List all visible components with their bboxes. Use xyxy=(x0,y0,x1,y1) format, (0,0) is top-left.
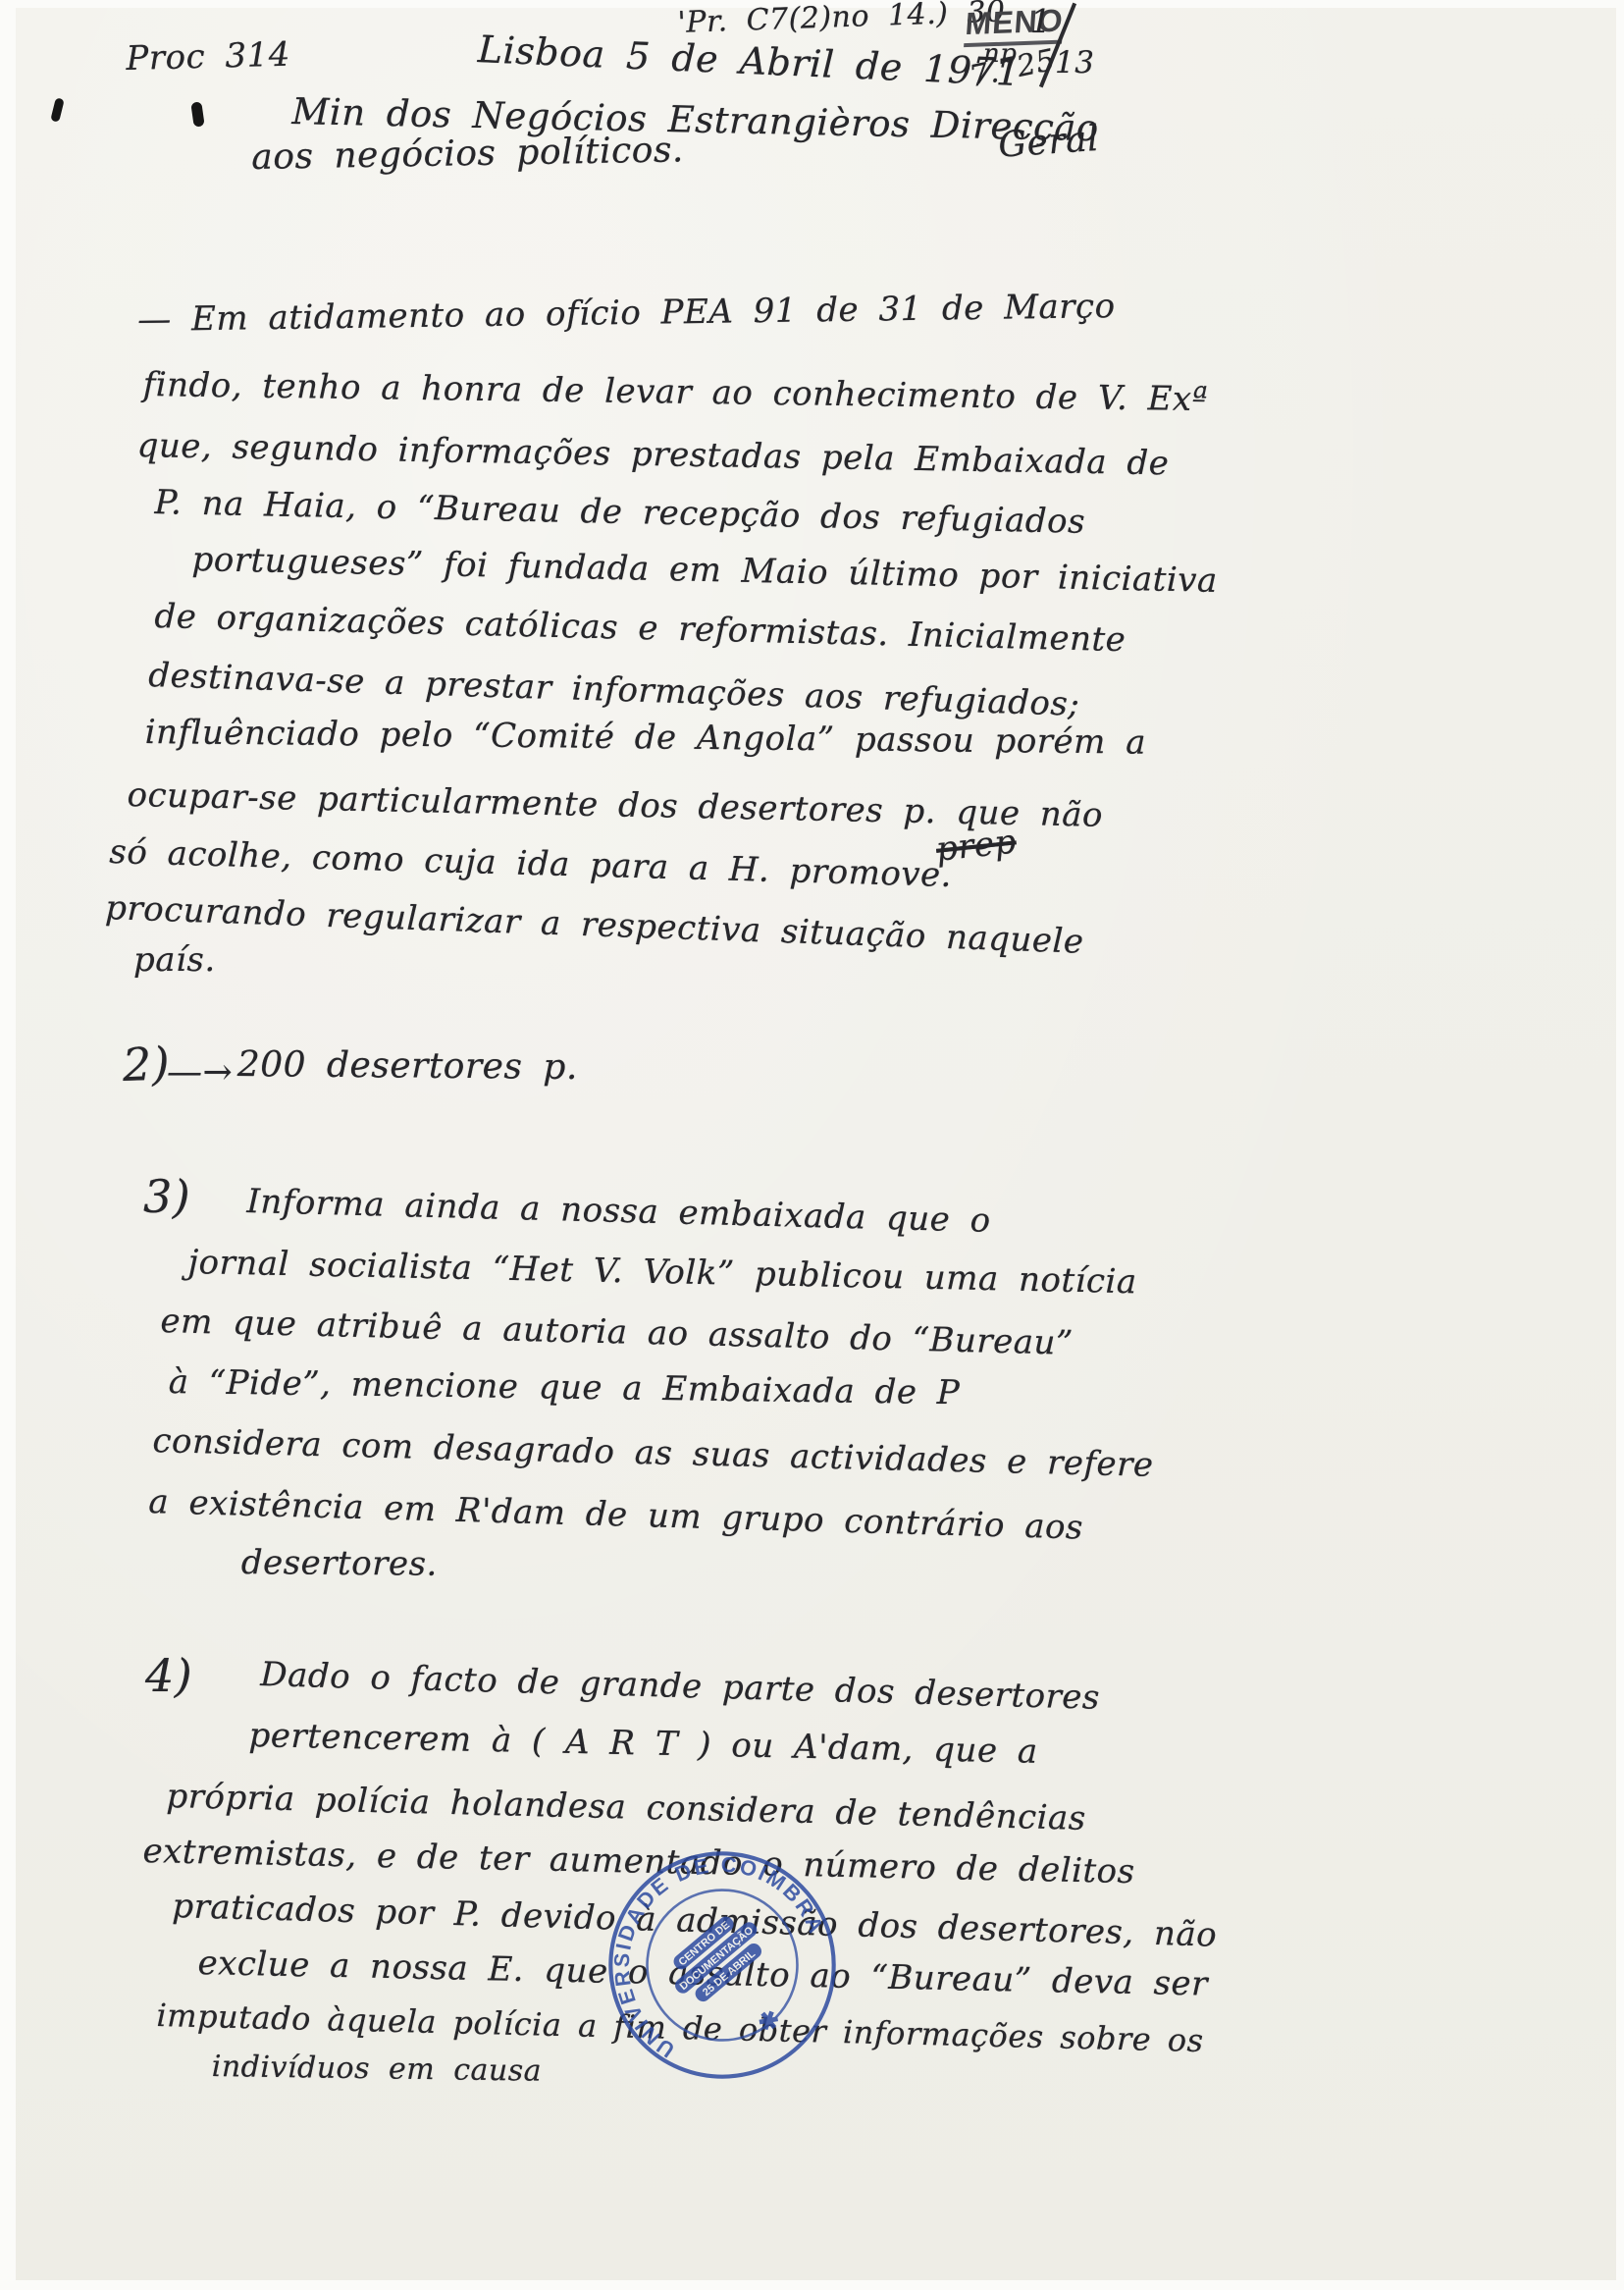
handwriting-line: — Em atidamento ao ofício PEA 91 de 31 d… xyxy=(137,287,1116,340)
fraction-numerator: 1 xyxy=(1030,2,1052,40)
handwriting-line: findo, tenho a honra de levar ao conheci… xyxy=(142,365,1208,419)
handwriting-line: a existência em R'dam de um grupo contrá… xyxy=(148,1482,1084,1548)
ink-mark xyxy=(190,101,204,127)
handwriting-line: à “Pide”, mencione que a Embaixada de P xyxy=(168,1362,960,1412)
handwriting-line: indivíduos em causa xyxy=(212,2050,543,2089)
handwriting-line: 200 desertores p. xyxy=(237,1044,578,1088)
item-marker-3: 3) xyxy=(143,1170,190,1223)
handwriting-line: procurando regularizar a respectiva situ… xyxy=(105,888,1085,962)
ink-mark xyxy=(50,97,65,122)
item-marker-4: 4) xyxy=(145,1649,192,1702)
handwriting-line: de organizações católicas e reformistas.… xyxy=(154,597,1126,660)
process-number: Proc 314 xyxy=(126,35,290,79)
addressee-department: aos negócios políticos. xyxy=(251,130,684,178)
handwriting-line: desertores. xyxy=(241,1543,438,1584)
handwriting-line: em que atribuê a autoria ao assalto do “… xyxy=(160,1302,1074,1363)
document-page: Proc 314 'Pr. C7(2)no 14.) 30 MENO 1 13 … xyxy=(0,0,1624,2290)
handwriting-line: considera com desagrado as suas activida… xyxy=(152,1421,1154,1485)
handwriting-line: Dado o facto de grande parte dos deserto… xyxy=(260,1655,1101,1718)
reference-code: 'Pr. C7(2)no 14.) 30 xyxy=(677,0,1006,40)
handwriting-line: própria polícia holandesa considera de t… xyxy=(166,1777,1086,1838)
handwriting-line: ocupar-se particularmente dos desertores… xyxy=(127,775,1103,835)
handwriting-line: Informa ainda a nossa embaixada que o xyxy=(246,1182,991,1241)
handwriting-line: pertencerem à ( A R T ) ou A'dam, que a xyxy=(248,1716,1038,1772)
scan-edge-right xyxy=(1616,0,1624,2290)
scan-edge-bottom xyxy=(0,2280,1624,2290)
struck-word: prep xyxy=(934,822,1019,869)
handwriting-line: país. xyxy=(133,940,216,980)
handwriting-line: portugueses” foi fundada em Maio último … xyxy=(191,540,1218,601)
scan-edge-left xyxy=(0,0,16,2290)
addressee-ministry-suffix: Geral xyxy=(997,119,1100,166)
fraction-denominator: 13 xyxy=(1055,45,1094,80)
arrow-glyph: —→ xyxy=(167,1052,233,1092)
handwriting-line: P. na Haia, o “Bureau de recepção dos re… xyxy=(154,483,1085,542)
item-marker-2: 2) xyxy=(122,1037,171,1092)
handwriting-line: só acolhe, como cuja ida para a H. promo… xyxy=(109,832,953,895)
handwriting-line: jornal socialista “Het V. Volk” publicou… xyxy=(187,1243,1137,1302)
handwriting-line: que, segundo informações prestadas pela … xyxy=(136,426,1169,483)
